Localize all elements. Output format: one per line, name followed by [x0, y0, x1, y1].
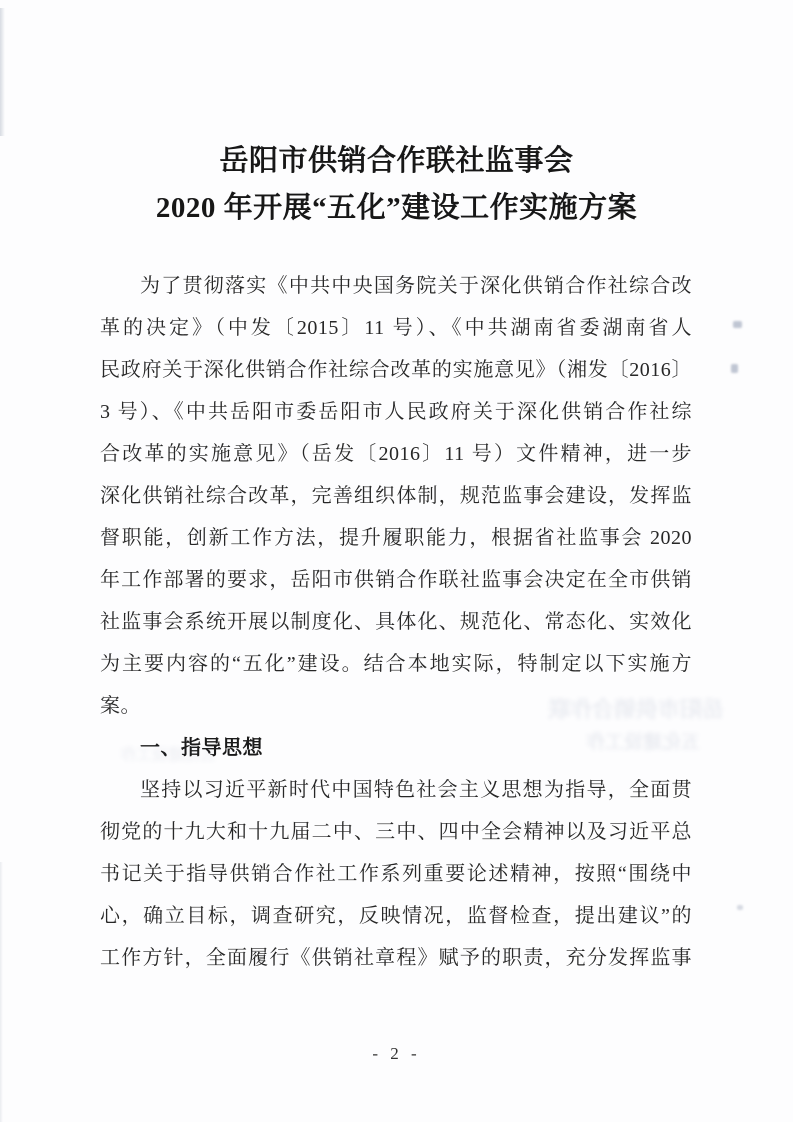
scanner-edge-artifact-bottom: [0, 862, 3, 1122]
margin-ink-speck: [731, 364, 738, 373]
margin-ink-speck: [737, 905, 743, 910]
body-text-line: 为了贯彻落实《中共中央国务院关于深化供销合作社综合改: [100, 265, 692, 307]
body-text-line: 彻党的十九大和十九届二中、三中、四中全会精神以及习近平总: [100, 811, 692, 853]
body-text-line: 合改革的实施意见》（岳发〔2016〕11 号）文件精神，进一步: [100, 433, 692, 475]
body-text-line: 书记关于指导供销合作社工作系列重要论述精神，按照“围绕中: [100, 853, 692, 895]
body-text-line: 年工作部署的要求，岳阳市供销合作联社监事会决定在全市供销: [100, 559, 692, 601]
body-text-line: 工作方针，全面履行《供销社章程》赋予的职责，充分发挥监事: [100, 937, 692, 979]
body-text-line: 督职能，创新工作方法，提升履职能力，根据省社监事会 2020: [100, 517, 692, 559]
body-text-line: 为主要内容的“五化”建设。结合本地实际，特制定以下实施方: [100, 643, 692, 685]
body-text-line: 3 号）、《中共岳阳市委岳阳市人民政府关于深化供销合作社综: [100, 391, 692, 433]
title-line-2: 2020 年开展“五化”建设工作实施方案: [0, 185, 793, 232]
page-number: - 2 -: [0, 1044, 793, 1064]
body-text-line: 民政府关于深化供销合作社综合改革的实施意见》（湘发〔2016〕: [100, 349, 692, 391]
margin-ink-speck: [733, 321, 742, 328]
body-text-line: 革的决定》（中发〔2015〕11 号）、《中共湖南省委湖南省人: [100, 307, 692, 349]
body-text-line: 案。: [100, 685, 692, 727]
section-heading: 一、指导思想: [100, 727, 692, 769]
body-text-line: 心，确立目标，调查研究，反映情况，监督检查，提出建议”的: [100, 895, 692, 937]
document-title: 岳阳市供销合作联社监事会 2020 年开展“五化”建设工作实施方案: [0, 138, 793, 232]
document-body: 为了贯彻落实《中共中央国务院关于深化供销合作社综合改革的决定》（中发〔2015〕…: [100, 265, 692, 979]
title-line-1: 岳阳市供销合作联社监事会: [0, 138, 793, 185]
body-text-line: 深化供销社综合改革，完善组织体制，规范监事会建设，发挥监: [100, 475, 692, 517]
scanner-edge-artifact: [0, 8, 5, 136]
scanned-document-page: 岳阳市供销合作联社监事会 2020 年开展“五化”建设工作实施方案 为了贯彻落实…: [0, 0, 793, 1122]
body-text-line: 社监事会系统开展以制度化、具体化、规范化、常态化、实效化: [100, 601, 692, 643]
body-text-line: 坚持以习近平新时代中国特色社会主义思想为指导，全面贯: [100, 769, 692, 811]
